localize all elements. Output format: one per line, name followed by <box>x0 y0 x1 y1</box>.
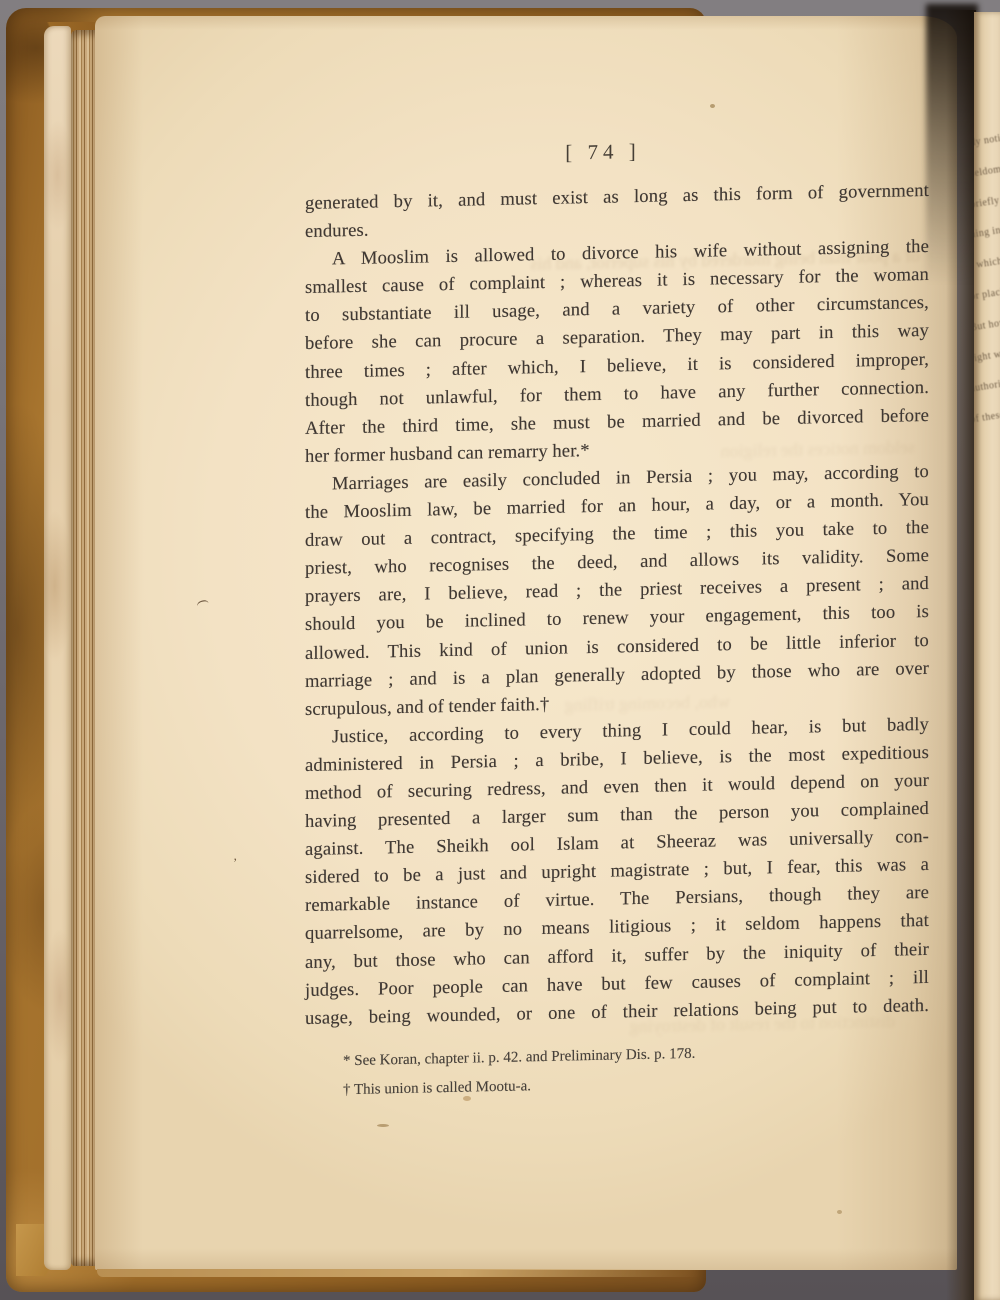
page-mark: ‚ <box>233 848 237 864</box>
body-text: generated by it, and must exist as long … <box>305 177 929 1033</box>
book-scan: { "page": { "number_display": "[ 74 ]" }… <box>0 0 1000 1300</box>
book-page: of a poor man being murdered by his supe… <box>95 16 957 1270</box>
next-page-text-fragment: or placin <box>974 282 1000 302</box>
next-page-text-fragment: of these b <box>974 406 1000 426</box>
next-page-text-fragment: ning int <box>974 221 1000 241</box>
next-page-text-fragment: l which d <box>974 252 1000 272</box>
next-page-sliver: dy notiseldom relbriefly saning intl whi… <box>974 12 1000 1300</box>
page-text-block: [ 74 ] generated by it, and must exist a… <box>305 133 929 1107</box>
next-page-text-fragment: dy noti <box>974 128 1000 148</box>
stain-speck <box>837 1210 842 1214</box>
fore-edge-shadow-top <box>926 4 978 284</box>
stain-speck <box>710 104 715 108</box>
next-page-text-fragment: seldom rel <box>974 159 1000 179</box>
footnotes: * See Koran, chapter ii. p. 42. and Prel… <box>305 1035 929 1107</box>
next-page-text-fragment: right with <box>974 344 1000 364</box>
page-mark: ( <box>195 598 212 606</box>
page-edges-stack <box>71 30 98 1266</box>
next-page-text-fragment: authority <box>974 375 1000 395</box>
next-page-text-fragment: But how <box>974 313 1000 333</box>
flyleaf-band <box>44 26 71 1270</box>
stain-speck <box>377 1124 389 1127</box>
next-page-text-fragment: briefly sa <box>974 190 1000 210</box>
